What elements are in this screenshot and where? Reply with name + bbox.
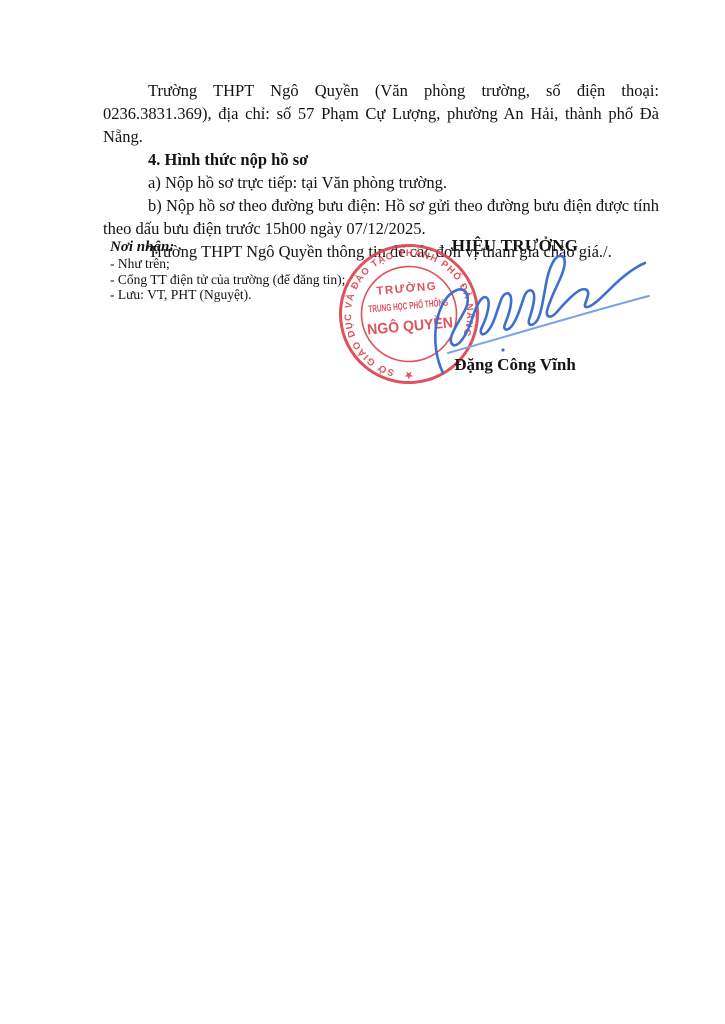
document-page: Trường THPT Ngô Quyền (Văn phòng trường,…	[0, 0, 725, 1024]
signer-name: Đặng Công Vĩnh	[385, 355, 645, 375]
paragraph-item-a: a) Nộp hồ sơ trực tiếp: tại Văn phòng tr…	[103, 171, 659, 194]
section-heading: 4. Hình thức nộp hồ sơ	[103, 148, 659, 171]
signature-ink-dot	[501, 348, 504, 351]
paragraph-contact-info: Trường THPT Ngô Quyền (Văn phòng trường,…	[103, 79, 659, 148]
paragraph-item-b: b) Nộp hồ sơ theo đường bưu điện: Hồ sơ …	[103, 194, 659, 240]
